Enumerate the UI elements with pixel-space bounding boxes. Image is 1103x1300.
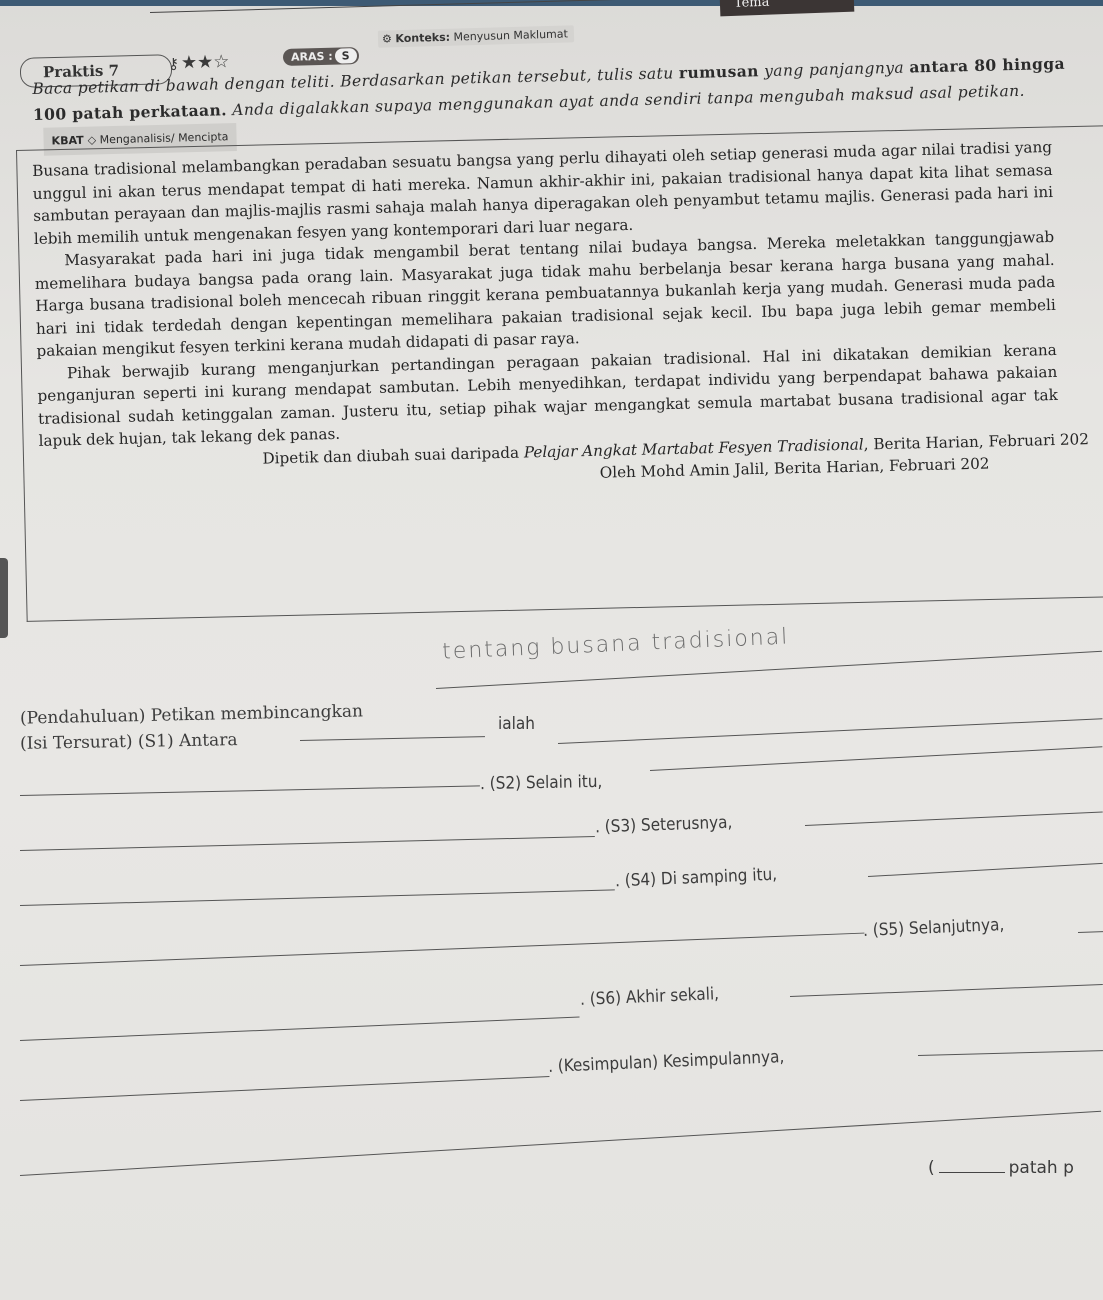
answer-line[interactable] [20, 933, 864, 966]
answer-line[interactable] [20, 836, 595, 851]
answer-line[interactable] [868, 863, 1103, 877]
answer-line[interactable] [650, 746, 1102, 771]
side-tab [0, 558, 8, 638]
kesimpulan-row: . (Kesimpulan) Kesimpulannya, [548, 1047, 785, 1077]
s1-mid: ialah [498, 714, 535, 734]
s4-row: . (S4) Di samping itu, [615, 865, 778, 892]
answer-line[interactable] [1078, 931, 1103, 933]
worksheet-page: Tema Praktis 7 ⚷★★☆ ARAS : S ⚙ Konteks: … [0, 0, 1103, 1300]
s2-row: . (S2) Selain itu, [480, 772, 603, 794]
konteks-value: Menyusun Maklumat [453, 27, 568, 43]
gear-icon: ⚙ [382, 32, 392, 45]
word-count-blank[interactable] [939, 1172, 1005, 1173]
answer-line[interactable] [20, 1017, 580, 1041]
answer-line[interactable] [20, 785, 480, 796]
pendahuluan-row: (Pendahuluan) Petikan membincangkan [20, 701, 363, 728]
aras-label: ARAS : [291, 50, 333, 64]
handwritten-answer: tentang busana tradisional [442, 624, 790, 664]
answer-line[interactable] [558, 718, 1102, 744]
s3-row: . (S3) Seterusnya, [595, 813, 733, 838]
s5-row: . (S5) Selanjutnya, [863, 915, 1005, 941]
konteks-badge: ⚙ Konteks: Menyusun Maklumat [378, 25, 574, 47]
answer-line[interactable] [805, 811, 1103, 826]
star-filled-icon: ★ [197, 52, 214, 73]
aras-level: S [334, 48, 356, 64]
s1-row: (Isi Tersurat) (S1) Antara [20, 730, 238, 754]
difficulty-rating: ⚷★★☆ [168, 51, 230, 73]
passage: Busana tradisional melambangkan peradaba… [32, 136, 1060, 497]
star-empty-icon: ☆ [213, 51, 230, 72]
key-icon: ⚷ [168, 54, 179, 72]
answer-line[interactable] [20, 1076, 549, 1101]
word-count: (patah p [928, 1158, 1074, 1178]
tema-tab: Tema [720, 0, 855, 16]
answer-line[interactable] [300, 736, 485, 741]
answer-line[interactable] [918, 1050, 1103, 1056]
konteks-label: Konteks: [395, 31, 450, 46]
aras-badge: ARAS : S [283, 47, 359, 66]
answer-line[interactable] [20, 889, 615, 906]
star-filled-icon: ★ [181, 52, 198, 73]
s6-row: . (S6) Akhir sekali, [580, 984, 720, 1010]
diamond-icon: ◇ [88, 133, 100, 146]
answer-line[interactable] [790, 984, 1103, 997]
